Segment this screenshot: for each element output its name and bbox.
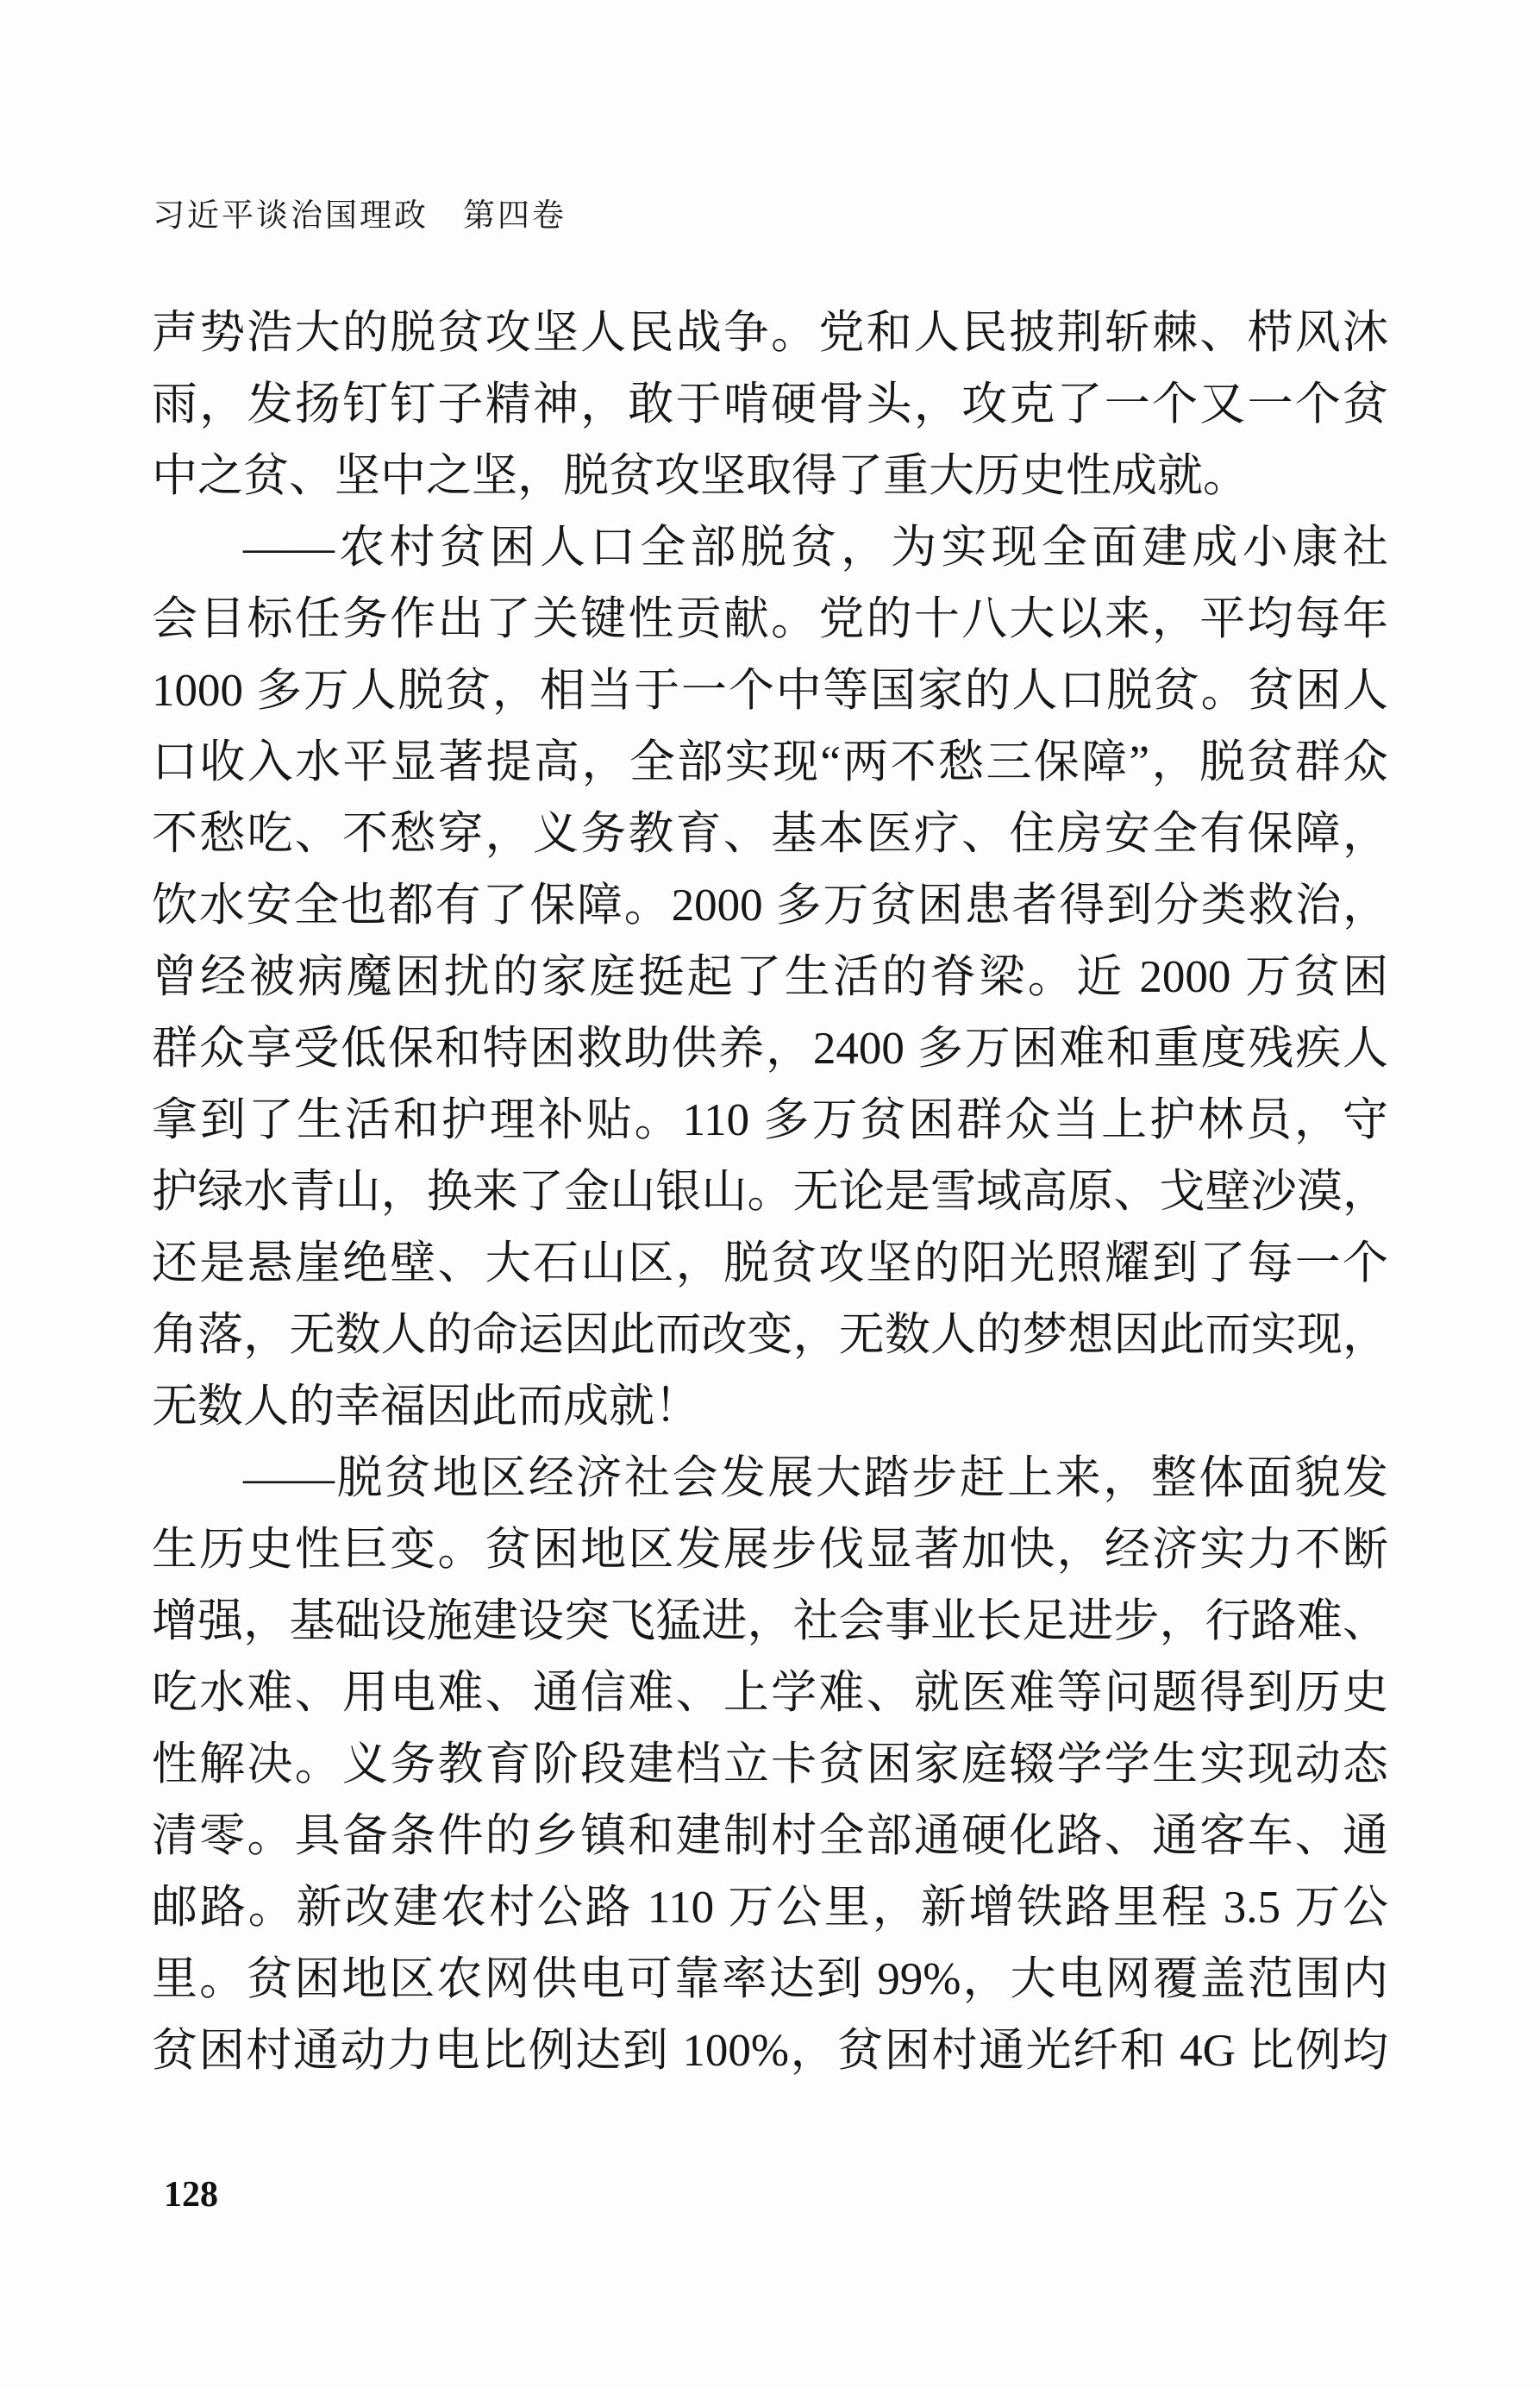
text-line: 贫困村通动力电比例达到 100%，贫困村通光纤和 4G 比例均: [152, 2015, 1388, 2087]
text-line: 会目标任务作出了关键性贡献。党的十八大以来，平均每年: [152, 584, 1388, 655]
paragraph: ——农村贫困人口全部脱贫，为实现全面建成小康社 会目标任务作出了关键性贡献。党的…: [152, 512, 1388, 1443]
text-line: 饮水安全也都有了保障。2000 多万贫困患者得到分类救治，: [152, 870, 1388, 942]
text-line: 生历史性巨变。贫困地区发展步伐显著加快，经济实力不断: [152, 1514, 1388, 1586]
text-line: 性解决。义务教育阶段建档立卡贫困家庭辍学学生实现动态: [152, 1729, 1388, 1801]
text-line: 清零。具备条件的乡镇和建制村全部通硬化路、通客车、通: [152, 1801, 1388, 1872]
text-line: 中之贫、坚中之坚，脱贫攻坚取得了重大历史性成就。: [152, 441, 1388, 512]
text-line: 角落，无数人的命运因此而改变，无数人的梦想因此而实现，: [152, 1300, 1388, 1371]
text-line: 群众享受低保和特困救助供养，2400 多万困难和重度残疾人: [152, 1013, 1388, 1085]
text-line: 雨，发扬钉钉子精神，敢于啃硬骨头，攻克了一个又一个贫: [152, 369, 1388, 441]
text-line: 曾经被病魔困扰的家庭挺起了生活的脊梁。近 2000 万贫困: [152, 942, 1388, 1013]
text-line: 里。贫困地区农网供电可靠率达到 99%，大电网覆盖范围内: [152, 1944, 1388, 2015]
text-line: 不愁吃、不愁穿，义务教育、基本医疗、住房安全有保障，: [152, 799, 1388, 870]
text-line: 还是悬崖绝壁、大石山区，脱贫攻坚的阳光照耀到了每一个: [152, 1228, 1388, 1300]
text-line: ——脱贫地区经济社会发展大踏步赶上来，整体面貌发: [152, 1443, 1388, 1514]
paragraph: 声势浩大的脱贫攻坚人民战争。党和人民披荆斩棘、栉风沐 雨，发扬钉钉子精神，敢于啃…: [152, 298, 1388, 512]
text-line: 口收入水平显著提高，全部实现“两不愁三保障”，脱贫群众: [152, 727, 1388, 799]
text-line: ——农村贫困人口全部脱贫，为实现全面建成小康社: [152, 512, 1388, 584]
page-number: 128: [164, 2177, 218, 2213]
text-line: 护绿水青山，换来了金山银山。无论是雪域高原、戈壁沙漠，: [152, 1156, 1388, 1228]
body-text: 声势浩大的脱贫攻坚人民战争。党和人民披荆斩棘、栉风沐 雨，发扬钉钉子精神，敢于啃…: [152, 298, 1388, 2087]
paragraph: ——脱贫地区经济社会发展大踏步赶上来，整体面貌发 生历史性巨变。贫困地区发展步伐…: [152, 1443, 1388, 2087]
text-line: 邮路。新改建农村公路 110 万公里，新增铁路里程 3.5 万公: [152, 1872, 1388, 1944]
running-header: 习近平谈治国理政 第四卷: [153, 189, 567, 235]
text-line: 增强，基础设施建设突飞猛进，社会事业长足进步，行路难、: [152, 1586, 1388, 1658]
text-line: 1000 多万人脱贫，相当于一个中等国家的人口脱贫。贫困人: [152, 655, 1388, 727]
text-line: 无数人的幸福因此而成就！: [152, 1371, 1388, 1443]
book-page: 习近平谈治国理政 第四卷 声势浩大的脱贫攻坚人民战争。党和人民披荆斩棘、栉风沐 …: [0, 0, 1540, 2388]
text-line: 拿到了生活和护理补贴。110 多万贫困群众当上护林员，守: [152, 1085, 1388, 1156]
text-line: 声势浩大的脱贫攻坚人民战争。党和人民披荆斩棘、栉风沐: [152, 298, 1388, 369]
text-line: 吃水难、用电难、通信难、上学难、就医难等问题得到历史: [152, 1658, 1388, 1729]
